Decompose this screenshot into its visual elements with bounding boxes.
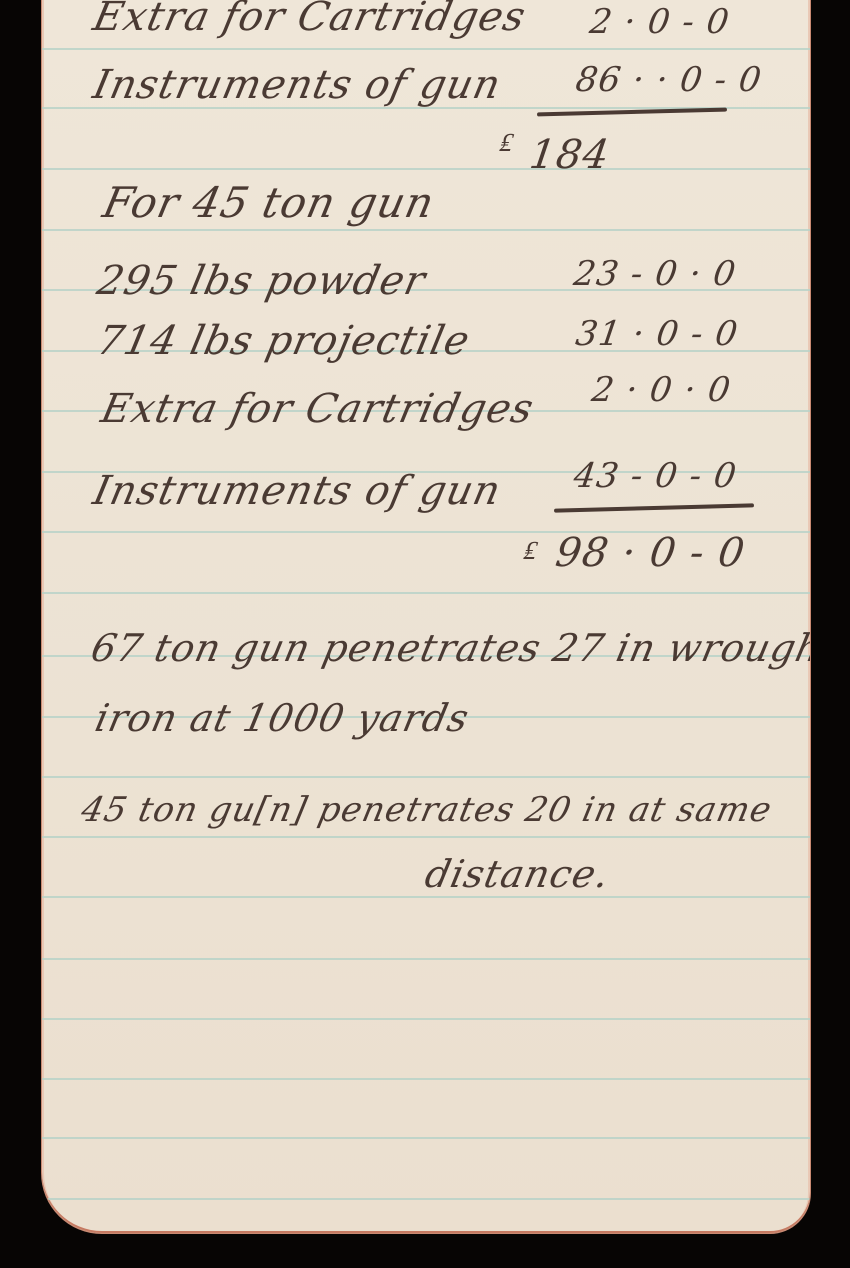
ledger-2-entry-amount: 23 - 0 · 0 <box>571 254 739 294</box>
ledger-2-entry-label: Extra for Cartridges <box>97 386 538 432</box>
ruled-line <box>42 48 810 50</box>
note-line: distance. <box>421 852 614 896</box>
ledger-1-entry-amount: 2 · 0 - 0 <box>587 2 732 42</box>
note-line: iron at 1000 yards <box>91 696 473 740</box>
ruled-line <box>42 836 810 838</box>
ruled-line <box>42 592 810 594</box>
ruled-line <box>42 1078 810 1080</box>
ruled-line <box>42 1137 810 1139</box>
ledger-2-entry-amount: 31 · 0 - 0 <box>573 314 741 354</box>
ledger-1-entry-label: Instruments of gun <box>89 62 505 108</box>
ledger-2-entry-amount: 2 · 0 · 0 <box>589 370 733 410</box>
note-line: 67 ton gun penetrates 27 in wrought <box>87 626 810 670</box>
notebook-page: Extra for Cartridges 2 · 0 - 0 Instrumen… <box>42 0 810 1233</box>
ruled-line <box>42 776 810 778</box>
ledger-1-entry-amount: 86 · · 0 - 0 <box>573 60 764 100</box>
ruled-line <box>42 896 810 898</box>
ledger-1-total-prefix: ₤ <box>498 128 516 158</box>
ruled-line <box>42 229 810 231</box>
ruled-line <box>42 168 810 170</box>
ledger-2-total: 98 · 0 - 0 <box>553 530 748 576</box>
ruled-line <box>42 1198 810 1200</box>
ledger-1-total: 184 <box>527 132 613 178</box>
ruled-line <box>42 958 810 960</box>
ledger-2-total-prefix: ₤ <box>522 536 540 566</box>
ledger-1-entry-label: Extra for Cartridges <box>89 0 530 40</box>
ruled-line <box>42 1018 810 1020</box>
ledger-2-heading: For 45 ton gun <box>99 178 439 227</box>
ledger-2-entry-label: Instruments of gun <box>89 468 505 514</box>
ledger-2-entry-label: 714 lbs projectile <box>93 318 474 364</box>
ledger-2-entry-amount: 43 - 0 - 0 <box>571 456 739 496</box>
ledger-2-entry-label: 295 lbs powder <box>93 258 430 304</box>
sum-underline <box>554 503 754 512</box>
note-line: 45 ton gu[n] penetrates 20 in at same <box>78 790 776 830</box>
